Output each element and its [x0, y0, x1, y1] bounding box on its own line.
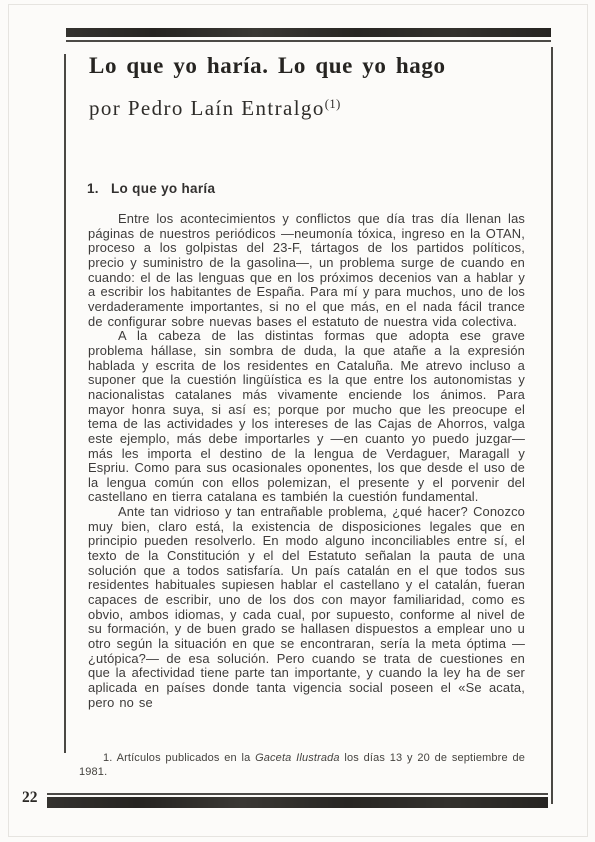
byline-text: por Pedro Laín Entralgo [89, 96, 325, 120]
right-margin-rule [551, 47, 553, 804]
page-number: 22 [22, 789, 38, 807]
article-byline: por Pedro Laín Entralgo(1) [89, 92, 549, 120]
body-paragraph: Ante tan vidrioso y tan entrañable probl… [88, 505, 525, 710]
top-rule-thick [66, 28, 551, 37]
section-number: 1. [87, 181, 111, 196]
left-margin-rule [64, 54, 66, 753]
footnote-reference: (1) [325, 97, 341, 111]
body-paragraph: Entre los acontecimientos y conflictos q… [88, 212, 525, 329]
article-body: Entre los acontecimientos y conflictos q… [88, 212, 525, 710]
article-title: Lo que yo haría. Lo que yo hago [89, 53, 549, 79]
body-paragraph: A la cabeza de las distintas formas que … [88, 329, 525, 505]
top-rule-thin [66, 40, 551, 42]
scanned-article-page: Lo que yo haría. Lo que yo hago por Pedr… [0, 0, 595, 842]
section-title: Lo que yo haría [111, 181, 215, 196]
footnote-publication-italic: Gaceta Ilustrada [255, 752, 340, 764]
bottom-rule-thick [47, 797, 548, 808]
footnote-lead: 1. Artículos publicados en la [103, 752, 255, 764]
bottom-rule-thin [47, 793, 548, 795]
footnote: 1. Artículos publicados en la Gaceta Ilu… [79, 752, 525, 779]
section-heading: 1.Lo que yo haría [87, 181, 527, 196]
